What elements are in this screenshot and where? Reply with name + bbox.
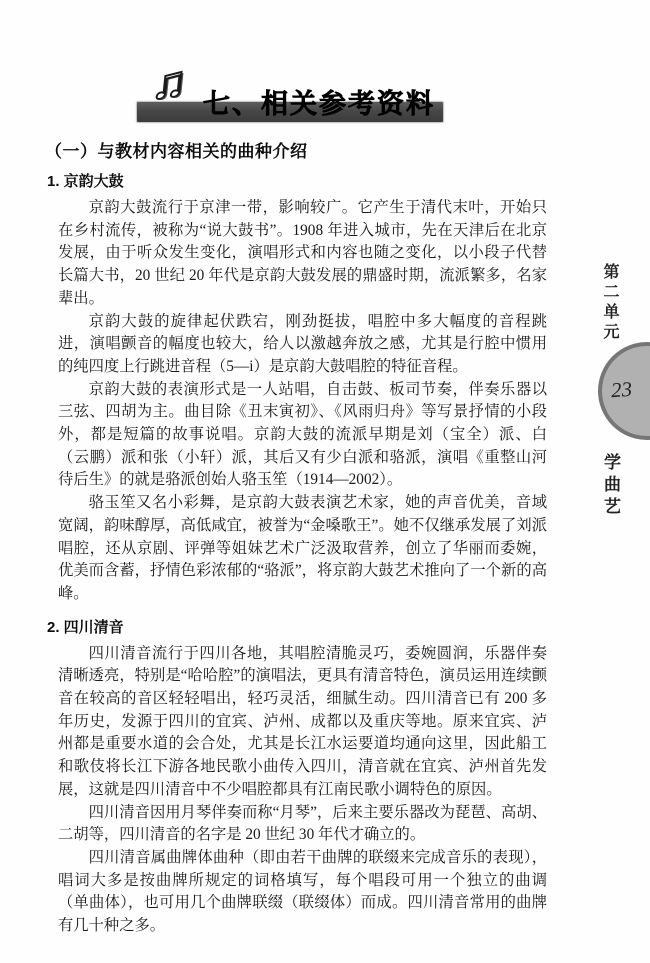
page-number-circle: 23 [598,342,650,440]
paragraph: 四川清音属曲牌体曲种（即由若干曲牌的联缀来完成音乐的表现），唱词大多是按曲牌所规… [58,847,547,938]
music-notes-icon: ♫ [150,60,189,106]
subsection-body-jingyun-dagu: 京韵大鼓流行于京津一带，影响较广。它产生于清代末叶，开始只在乡村流传，被称为“说… [58,197,547,606]
paragraph: 骆玉笙又名小彩舞，是京韵大鼓表演艺术家，她的声音优美，音域宽阔，韵味醇厚，高低咸… [58,492,547,606]
subsection-body-sichuan-qingyin: 四川清音流行于四川各地，其唱腔清脆灵巧，委婉圆润，乐器伴奏清晰透亮，特别是“哈哈… [58,643,547,938]
subsection-heading-jingyun-dagu: 1. 京韵大鼓 [47,170,547,191]
paragraph: 京韵大鼓的表演形式是一人站唱，自击鼓、板司节奏，伴奏乐器以三弦、四胡为主。曲目除… [58,379,547,493]
subsection-heading-sichuan-qingyin: 2. 四川清音 [47,616,547,637]
page-number: 23 [610,377,633,403]
paragraph: 京韵大鼓流行于京津一带，影响较广。它产生于清代末叶，开始只在乡村流传，被称为“说… [58,197,547,311]
paragraph: 京韵大鼓的旋律起伏跌宕，刚劲挺拔，唱腔中多大幅度的音程跳进，演唱颤音的幅度也较大… [58,311,547,379]
unit-label: 第二单元 [598,263,621,343]
book-page: ♫ 七、相关参考资料 （一）与教材内容相关的曲种介绍 1. 京韵大鼓 京韵大鼓流… [0,0,650,963]
book-title-label: 学曲艺 [598,453,623,519]
section-heading: （一）与教材内容相关的曲种介绍 [45,137,547,162]
paragraph: 四川清音流行于四川各地，其唱腔清脆灵巧，委婉圆润，乐器伴奏清晰透亮，特别是“哈哈… [58,643,547,802]
paragraph: 四川清音因用月琴伴奏而称“月琴”，后来主要乐器改为琵琶、高胡、二胡等，四川清音的… [58,802,547,847]
main-content: （一）与教材内容相关的曲种介绍 1. 京韵大鼓 京韵大鼓流行于京津一带，影响较广… [45,137,547,938]
page-title: 七、相关参考资料 [203,82,435,121]
